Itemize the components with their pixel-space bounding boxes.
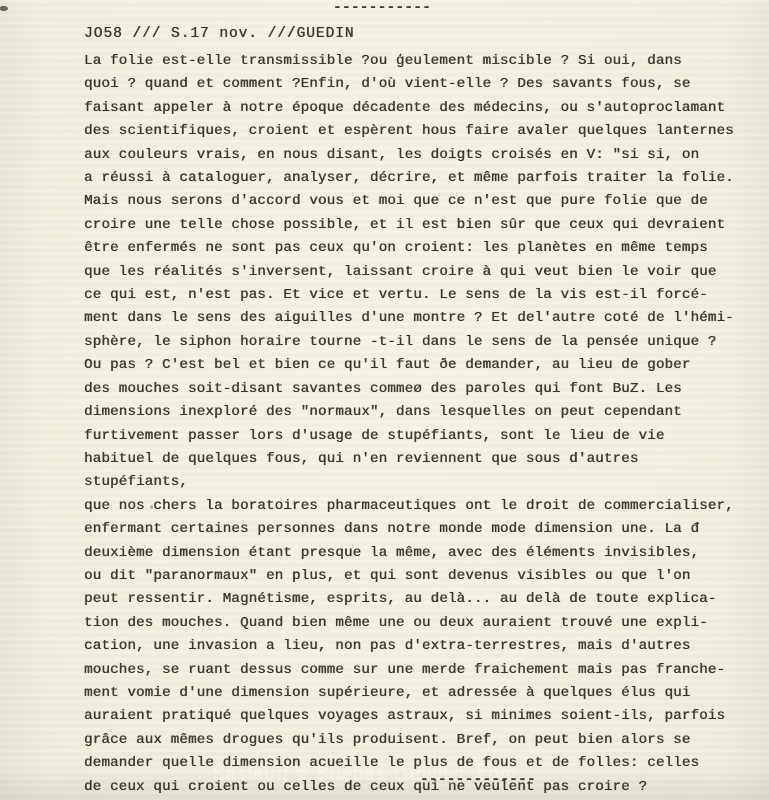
bottom-dashed-rule: -------------	[420, 772, 536, 788]
typewritten-document-page: ----------- JO58 /// S.17 nov. ///GUEDIN…	[0, 0, 769, 800]
document-header: JO58 /// S.17 nov. ///GUEDIN	[84, 26, 354, 42]
paper-smudge	[150, 505, 153, 509]
ink-speck	[0, 6, 8, 11]
document-body-text: La folie est-elle transmissible ?ou ģeul…	[84, 50, 744, 799]
top-dashed-rule: -----------	[333, 0, 431, 16]
